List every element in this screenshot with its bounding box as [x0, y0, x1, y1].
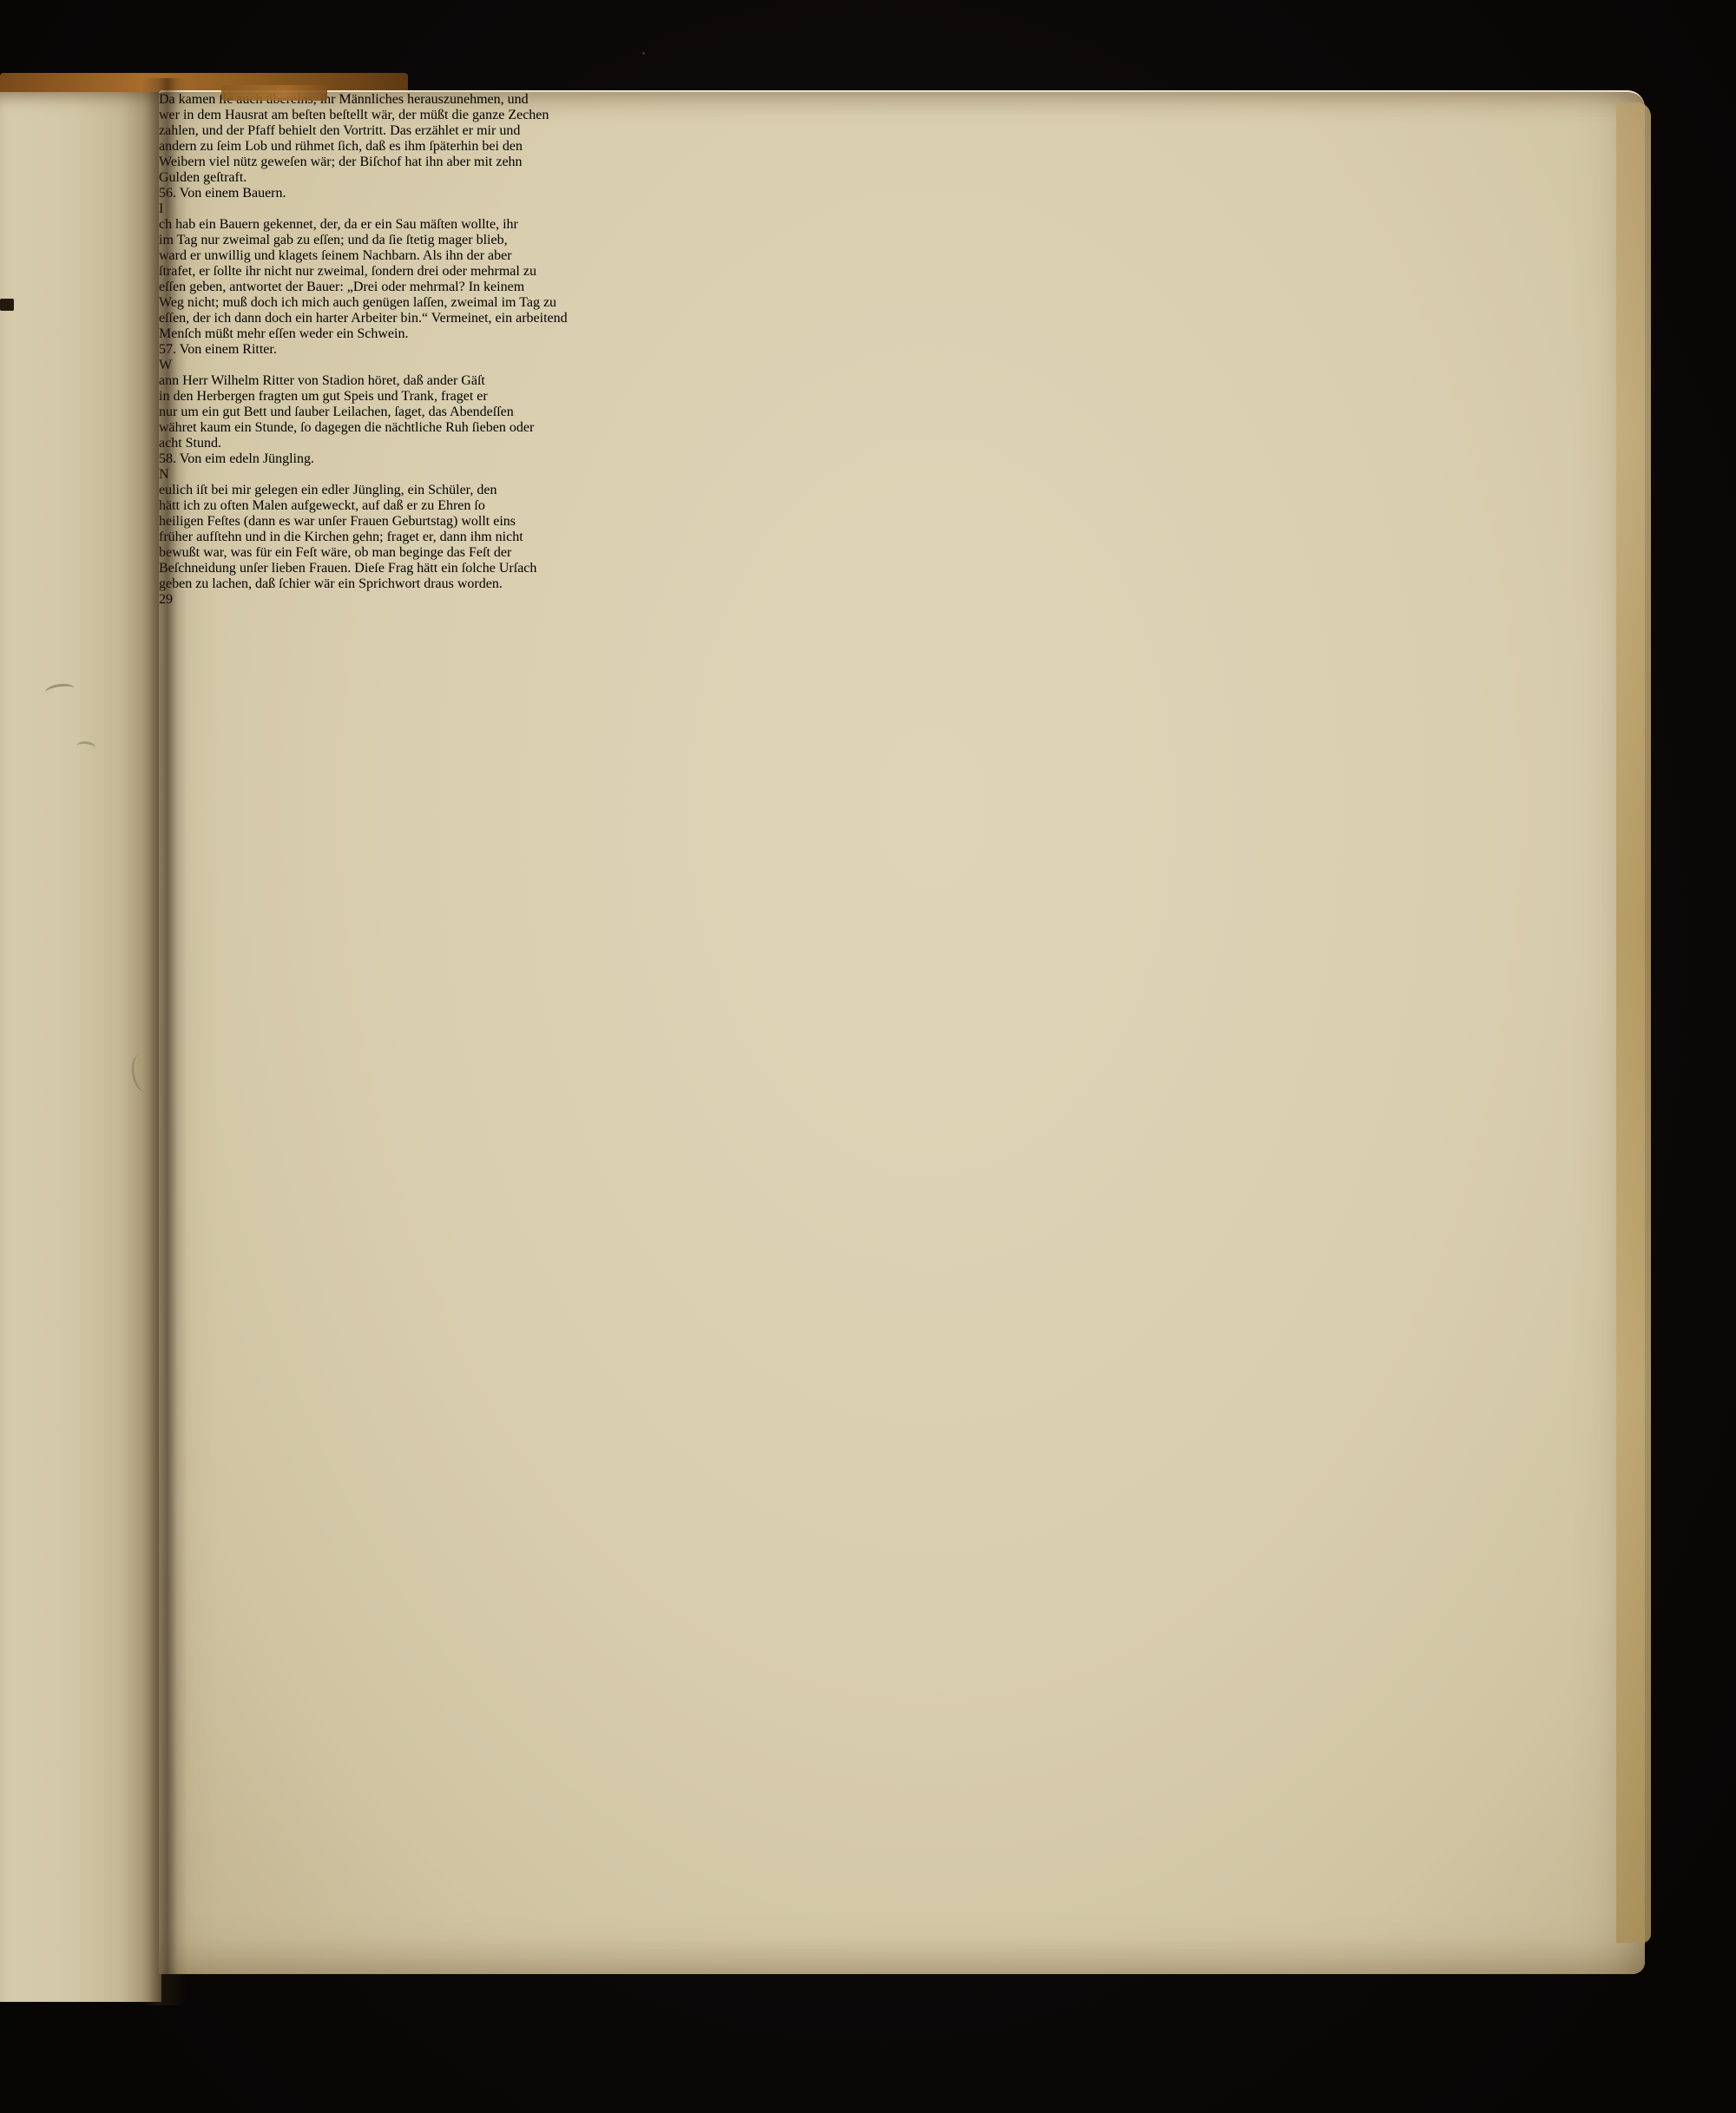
text-line: geben zu lachen, daß ſchier wär ein Spri… [159, 576, 1645, 592]
text-line: acht Stund. [159, 436, 1645, 451]
text-line: in den Herbergen fragten um gut Speis un… [159, 389, 1645, 405]
pencil-smudge [44, 682, 76, 700]
continuation-paragraph: Da kamen ſie auch übereins, ihr Männlich… [159, 92, 1645, 186]
text-line: Beſchneidung unſer lieben Frauen. Dieſe … [159, 561, 1645, 576]
text-line: im Tag nur zweimal gab zu eſſen; und da … [159, 233, 1645, 248]
section-lines-58: eulich iſt bei mir gelegen ein edler Jün… [159, 483, 1645, 592]
text-line: Weibern viel nütz geweſen wär; der Biſch… [159, 155, 1645, 170]
section-paragraph-57: W ann Herr Wilhelm Ritter von Stadion hö… [159, 358, 1645, 451]
text-line: ſtrafet, er ſollte ihr nicht nur zweimal… [159, 264, 1645, 280]
text-line: ch hab ein Bauern gekennet, der, da er e… [159, 217, 1645, 233]
text-line: Da kamen ſie auch übereins, ihr Männlich… [159, 92, 1645, 108]
text-line: andern zu ſeim Lob und rühmet ſich, daß … [159, 139, 1645, 155]
page-top-edge-stain [221, 85, 327, 101]
section-lines-57: ann Herr Wilhelm Ritter von Stadion höre… [159, 373, 1645, 451]
text-line: eſſen, der ich dann doch ein harter Arbe… [159, 311, 1645, 326]
book-gutter-shadow [142, 78, 187, 2005]
text-line: ann Herr Wilhelm Ritter von Stadion höre… [159, 373, 1645, 389]
facing-page-rule-fragment [0, 299, 14, 311]
section-heading-56: 56. Von einem Bauern. [159, 186, 1645, 201]
facing-page-edge [0, 92, 161, 2002]
text-line: wer in dem Hausrat am beſten beſtellt wä… [159, 108, 1645, 123]
section-heading-57: 57. Von einem Ritter. [159, 342, 1645, 358]
text-line: heiligen Feſtes (dann es war unſer Fraue… [159, 514, 1645, 530]
page-right-deckle-edge [1616, 102, 1651, 1943]
text-line: nur um ein gut Bett und ſauber Leilachen… [159, 405, 1645, 420]
text-line: eſſen geben, antwortet der Bauer: „Drei … [159, 280, 1645, 295]
section-heading-58: 58. Von eim edeln Jüngling. [159, 451, 1645, 467]
text-line: eulich iſt bei mir gelegen ein edler Jün… [159, 483, 1645, 498]
section-paragraph-56: I ch hab ein Bauern gekennet, der, da er… [159, 201, 1645, 342]
text-line: hätt ich zu often Malen aufgeweckt, auf … [159, 498, 1645, 514]
text-line: Gulden geſtraft. [159, 170, 1645, 186]
dust-speck [642, 52, 645, 55]
text-line: Weg nicht; muß doch ich mich auch genüge… [159, 295, 1645, 311]
text-line: zahlen, und der Pfaff behielt den Vortri… [159, 123, 1645, 139]
pencil-smudge [76, 741, 95, 754]
text-line: früher aufſtehn und in die Kirchen gehn;… [159, 530, 1645, 545]
section-paragraph-58: N eulich iſt bei mir gelegen ein edler J… [159, 467, 1645, 592]
text-line: bewußt war, was für ein Feſt wäre, ob ma… [159, 545, 1645, 561]
text-line: Menſch müßt mehr eſſen weder ein Schwein… [159, 326, 1645, 342]
text-line: währet kaum ein Stunde, ſo dagegen die n… [159, 420, 1645, 436]
section-lines-56: ch hab ein Bauern gekennet, der, da er e… [159, 217, 1645, 342]
page-number: 29 [159, 592, 1645, 608]
text-line: ward er unwillig und klagets ſeinem Nach… [159, 248, 1645, 264]
book-page: Da kamen ſie auch übereins, ihr Männlich… [159, 90, 1645, 1974]
